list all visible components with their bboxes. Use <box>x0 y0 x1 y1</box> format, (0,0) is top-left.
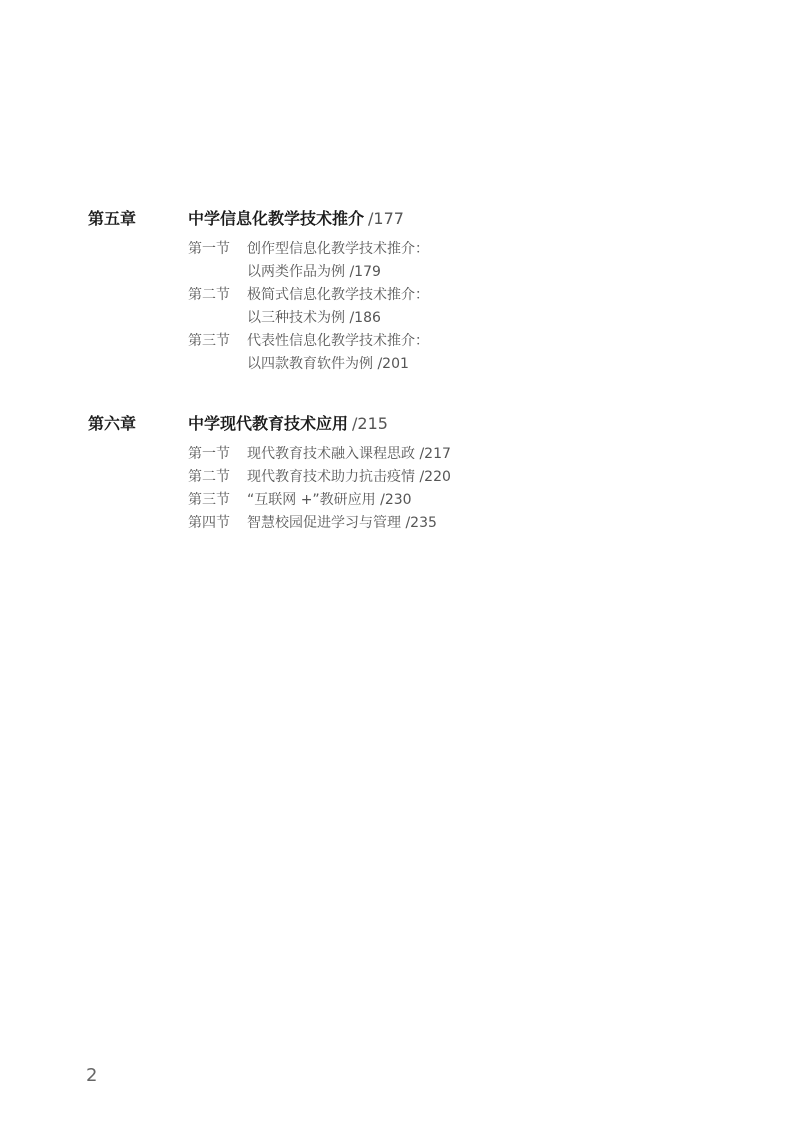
chapter-label: 第五章 <box>88 208 136 230</box>
chapter-title[interactable]: 中学现代教育技术应用/215 <box>188 413 388 435</box>
section-number: 第二节 <box>188 284 247 307</box>
chapter-title-text: 中学信息化教学技术推介 <box>188 209 364 228</box>
section-number: 第三节 <box>188 489 247 512</box>
section-title: 智慧校园促进学习与管理 /235 <box>247 512 437 535</box>
section-title: 创作型信息化教学技术推介： 以两类作品为例 /179 <box>247 238 429 284</box>
section-title-line: 代表性信息化教学技术推介： <box>247 330 429 353</box>
section-number: 第一节 <box>188 443 247 466</box>
toc-section[interactable]: 第二节 极简式信息化教学技术推介： 以三种技术为例 /186 <box>188 284 429 330</box>
section-title: 现代教育技术助力抗击疫情 /220 <box>247 466 451 489</box>
toc-section[interactable]: 第一节现代教育技术融入课程思政 /217 <box>188 443 451 466</box>
section-title-line: 创作型信息化教学技术推介： <box>247 238 429 261</box>
section-number: 第一节 <box>188 238 247 261</box>
chapter-title-text: 中学现代教育技术应用 <box>188 414 348 433</box>
chapter-label: 第六章 <box>88 413 136 435</box>
section-title-line: 以三种技术为例 /186 <box>247 307 429 330</box>
section-title: 代表性信息化教学技术推介： 以四款教育软件为例 /201 <box>247 330 429 376</box>
section-title: 极简式信息化教学技术推介： 以三种技术为例 /186 <box>247 284 429 330</box>
toc-section[interactable]: 第三节 代表性信息化教学技术推介： 以四款教育软件为例 /201 <box>188 330 429 376</box>
section-title: “互联网 +”教研应用 /230 <box>247 489 412 512</box>
section-number: 第四节 <box>188 512 247 535</box>
chapter-page-ref: /177 <box>368 209 404 228</box>
section-number: 第三节 <box>188 330 247 353</box>
section-number: 第二节 <box>188 466 247 489</box>
chapter-page-ref: /215 <box>352 414 388 433</box>
toc-section[interactable]: 第三节“互联网 +”教研应用 /230 <box>188 489 451 512</box>
toc-section[interactable]: 第二节现代教育技术助力抗击疫情 /220 <box>188 466 451 489</box>
section-title-line: 以两类作品为例 /179 <box>247 261 429 284</box>
toc-section[interactable]: 第一节 创作型信息化教学技术推介： 以两类作品为例 /179 <box>188 238 429 284</box>
section-list: 第一节现代教育技术融入课程思政 /217 第二节现代教育技术助力抗击疫情 /22… <box>188 443 451 535</box>
page-number: 2 <box>86 1064 97 1088</box>
chapter-title[interactable]: 中学信息化教学技术推介/177 <box>188 208 404 230</box>
toc-section[interactable]: 第四节智慧校园促进学习与管理 /235 <box>188 512 451 535</box>
section-list: 第一节 创作型信息化教学技术推介： 以两类作品为例 /179 第二节 极简式信息… <box>188 238 429 376</box>
section-title-line: 极简式信息化教学技术推介： <box>247 284 429 307</box>
section-title: 现代教育技术融入课程思政 /217 <box>247 443 451 466</box>
section-title-line: 以四款教育软件为例 /201 <box>247 353 429 376</box>
